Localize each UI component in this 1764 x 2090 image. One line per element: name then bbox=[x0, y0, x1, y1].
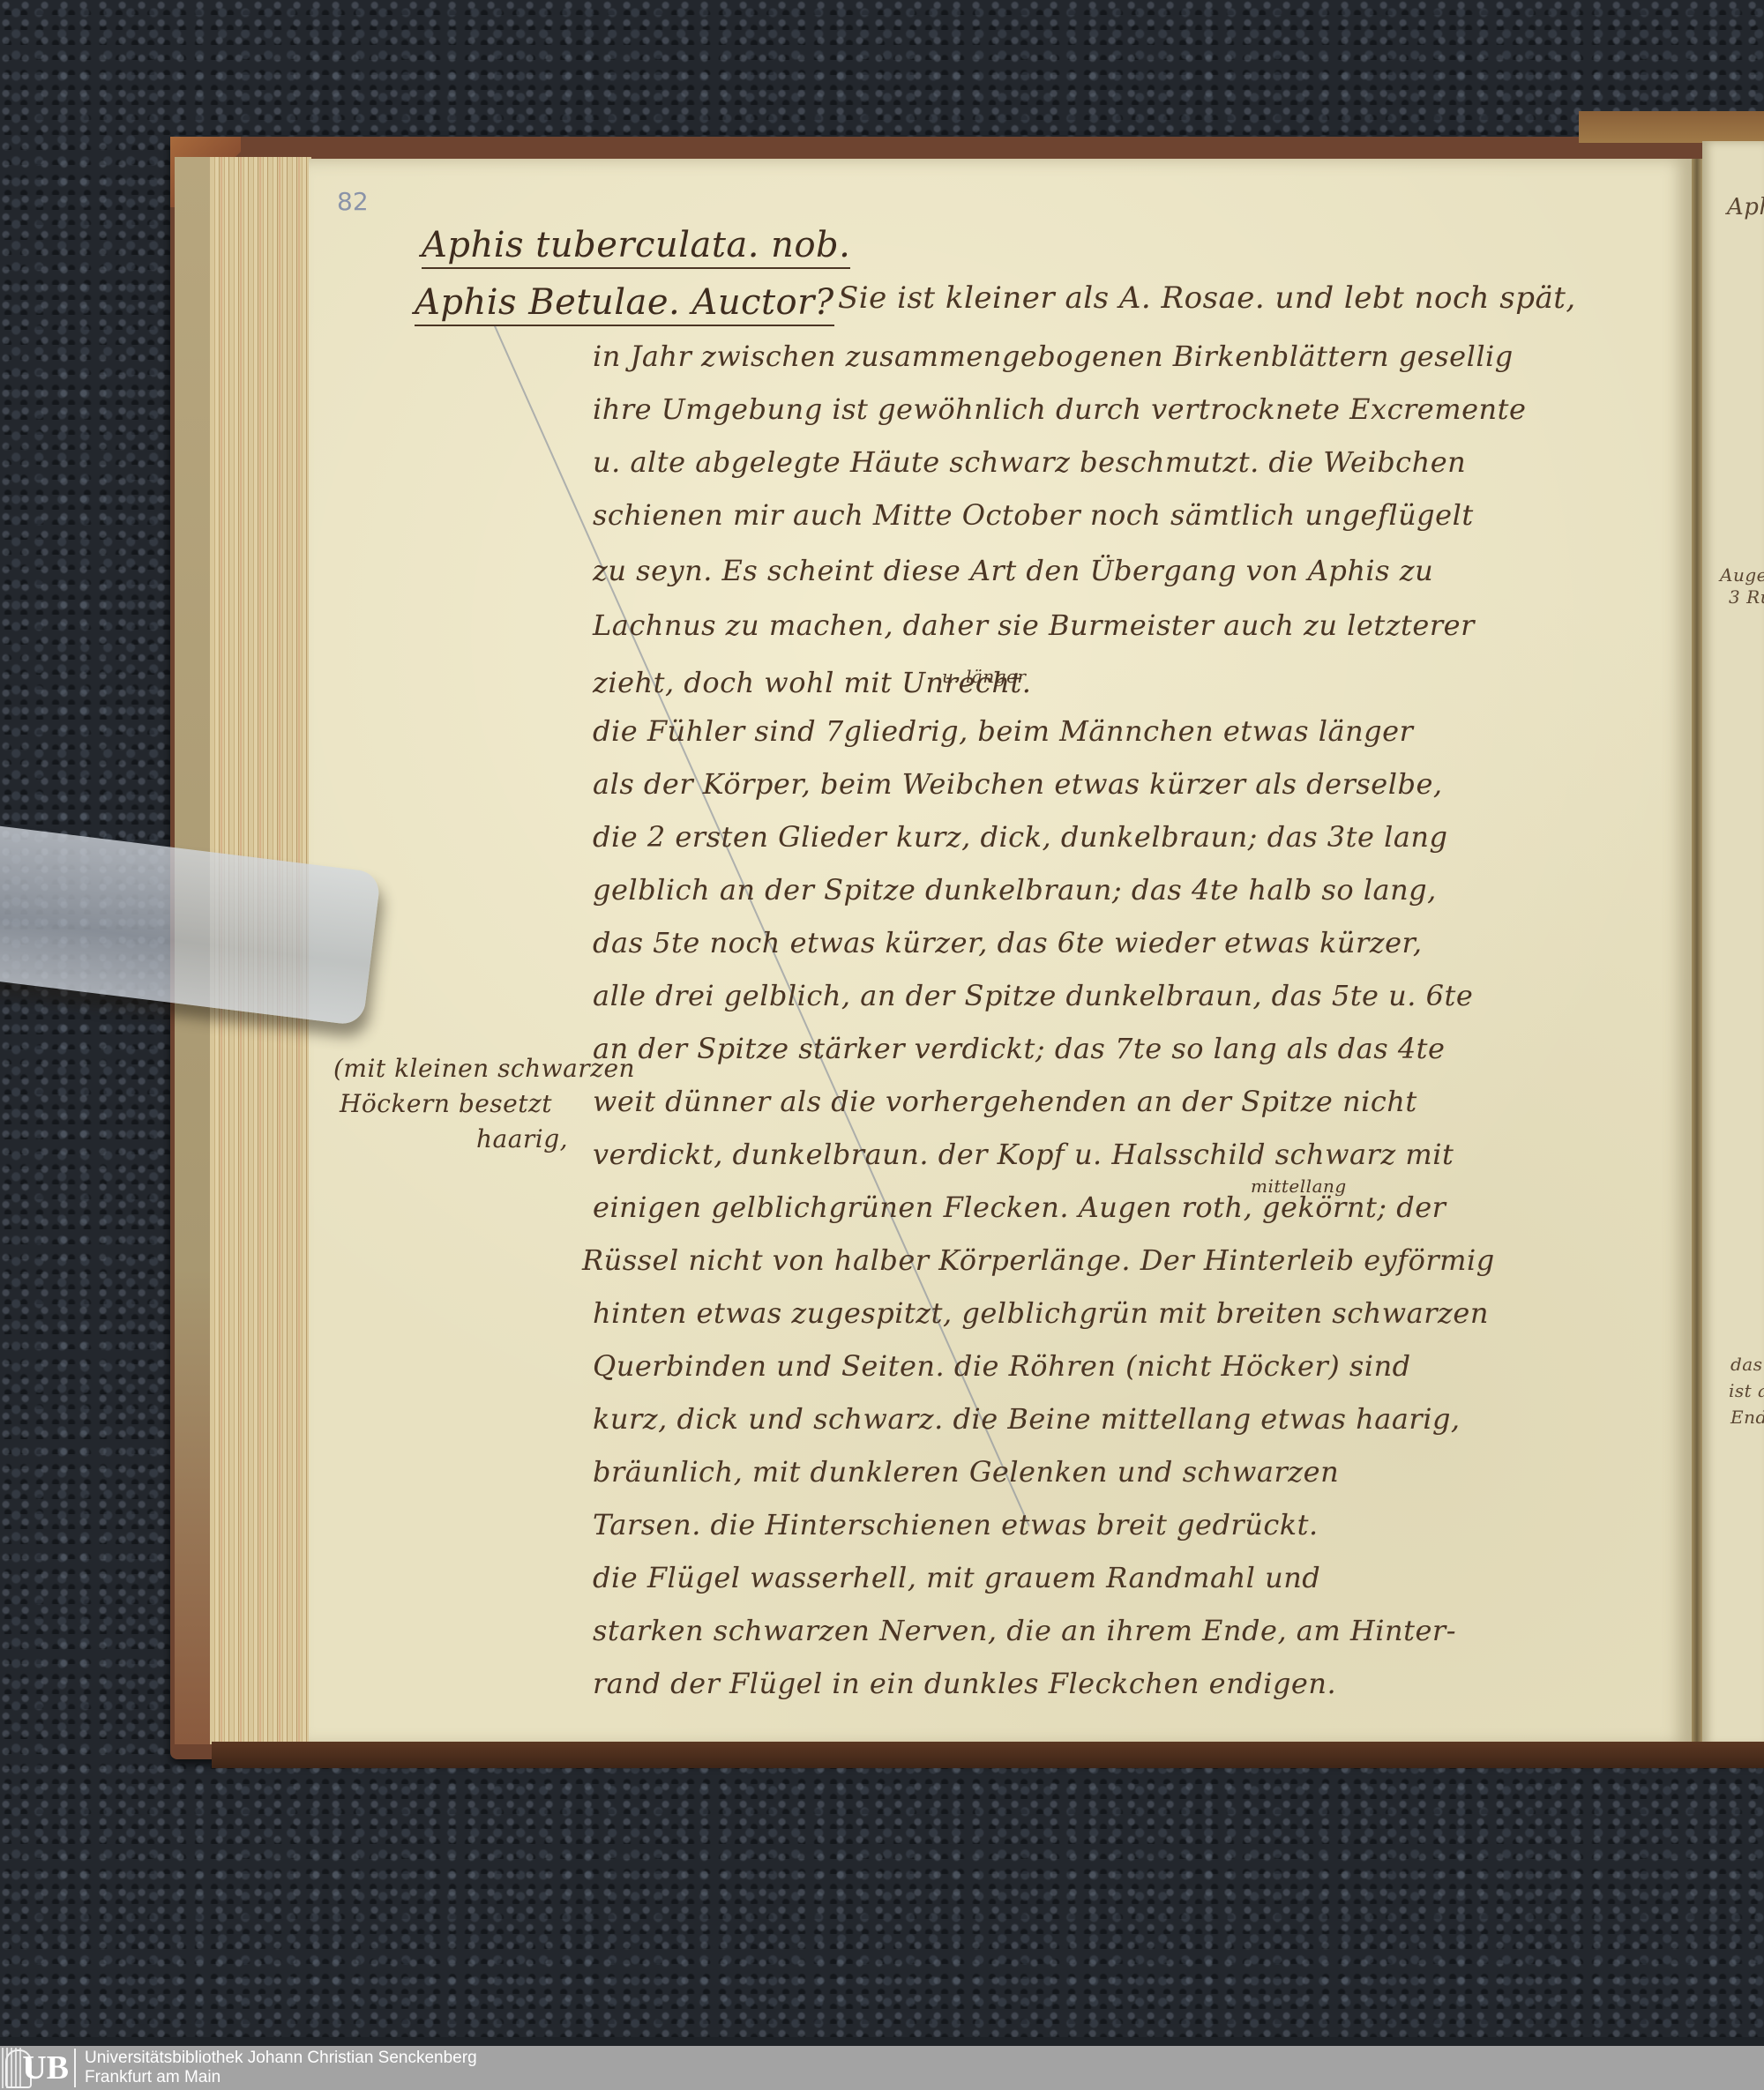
body-line: Tarsen. die Hinterschienen etwas breit g… bbox=[593, 1508, 1319, 1541]
body-line: in Jahr zwischen zusammengebogenen Birke… bbox=[593, 340, 1514, 373]
interlinear-insertion: mittellang bbox=[1251, 1176, 1347, 1197]
body-line: an der Spitze stärker verdickt; das 7te … bbox=[593, 1032, 1445, 1065]
footer-bar: UB Universitätsbibliothek Johann Christi… bbox=[0, 2046, 1764, 2090]
body-line: das 5te noch etwas kürzer, das 6te wiede… bbox=[593, 926, 1422, 959]
body-line: hinten etwas zugespitzt, gelblichgrün mi… bbox=[593, 1296, 1489, 1330]
body-line: verdickt, dunkelbraun. der Kopf u. Halss… bbox=[593, 1138, 1454, 1171]
body-line: bräunlich, mit dunkleren Gelenken und sc… bbox=[593, 1455, 1339, 1489]
heading-species: Aphis tuberculata. nob. bbox=[422, 225, 850, 269]
logo-text: UB bbox=[22, 2049, 69, 2087]
body-line: die Flügel wasserhell, mit grauem Randma… bbox=[593, 1561, 1320, 1594]
page-number: 82 bbox=[337, 187, 369, 216]
body-line: zu seyn. Es scheint diese Art den Überga… bbox=[593, 554, 1433, 587]
interlinear-insertion: u. länger bbox=[942, 666, 1027, 687]
body-line: gelblich an der Spitze dunkelbraun; das … bbox=[593, 873, 1437, 907]
facing-page-fragment: End bbox=[1730, 1407, 1764, 1428]
cover-bottom-edge bbox=[212, 1742, 1764, 1768]
library-logo[interactable]: UB bbox=[0, 2046, 72, 2090]
body-line: weit dünner als die vorhergehenden an de… bbox=[593, 1085, 1417, 1118]
body-line: u. alte abgelegte Häute schwarz beschmut… bbox=[593, 445, 1466, 479]
facing-page-fragment: 3 Rü bbox=[1729, 586, 1764, 608]
body-line: starken schwarzen Nerven, die an ihrem E… bbox=[593, 1614, 1456, 1647]
body-line: schienen mir auch Mitte October noch säm… bbox=[593, 498, 1474, 532]
facing-page-fragment: das bbox=[1730, 1354, 1763, 1375]
margin-note-line: (mit kleinen schwarzen bbox=[333, 1054, 635, 1083]
footer-divider bbox=[74, 2049, 76, 2087]
body-line: ihre Umgebung ist gewöhnlich durch vertr… bbox=[593, 392, 1526, 426]
heading-synonym: Aphis Betulae. Auctor? bbox=[415, 282, 834, 326]
margin-note-line: haarig, bbox=[476, 1124, 568, 1153]
margin-note-line: Höckern besetzt bbox=[340, 1089, 552, 1118]
body-line: Lachnus zu machen, daher sie Burmeister … bbox=[593, 608, 1475, 642]
body-line: Querbinden und Seiten. die Röhren (nicht… bbox=[593, 1349, 1411, 1383]
body-line: die Fühler sind 7gliedrig, beim Männchen… bbox=[593, 714, 1413, 748]
body-line: als der Körper, beim Weibchen etwas kürz… bbox=[593, 767, 1443, 801]
body-line: rand der Flügel in ein dunkles Fleckchen… bbox=[593, 1667, 1336, 1700]
institution-line-1: Universitätsbibliothek Johann Christian … bbox=[85, 2049, 477, 2068]
institution-name: Universitätsbibliothek Johann Christian … bbox=[85, 2049, 477, 2087]
body-line: die 2 ersten Glieder kurz, dick, dunkelb… bbox=[593, 820, 1448, 854]
facing-page-fragment: ist au bbox=[1729, 1380, 1764, 1401]
body-line: kurz, dick und schwarz. die Beine mittel… bbox=[593, 1402, 1461, 1436]
body-line: Sie ist kleiner als A. Rosae. und lebt n… bbox=[838, 280, 1576, 316]
cover-spine-top bbox=[1579, 111, 1764, 143]
facing-page bbox=[1702, 141, 1764, 1746]
book-gutter bbox=[1692, 159, 1702, 1746]
institution-line-2: Frankfurt am Main bbox=[85, 2068, 477, 2087]
body-line: Rüssel nicht von halber Körperlänge. Der… bbox=[582, 1243, 1495, 1277]
facing-page-fragment: Auge bbox=[1720, 564, 1764, 586]
body-line: alle drei gelblich, an der Spitze dunkel… bbox=[593, 979, 1473, 1012]
facing-page-fragment: Aphi bbox=[1727, 194, 1764, 220]
